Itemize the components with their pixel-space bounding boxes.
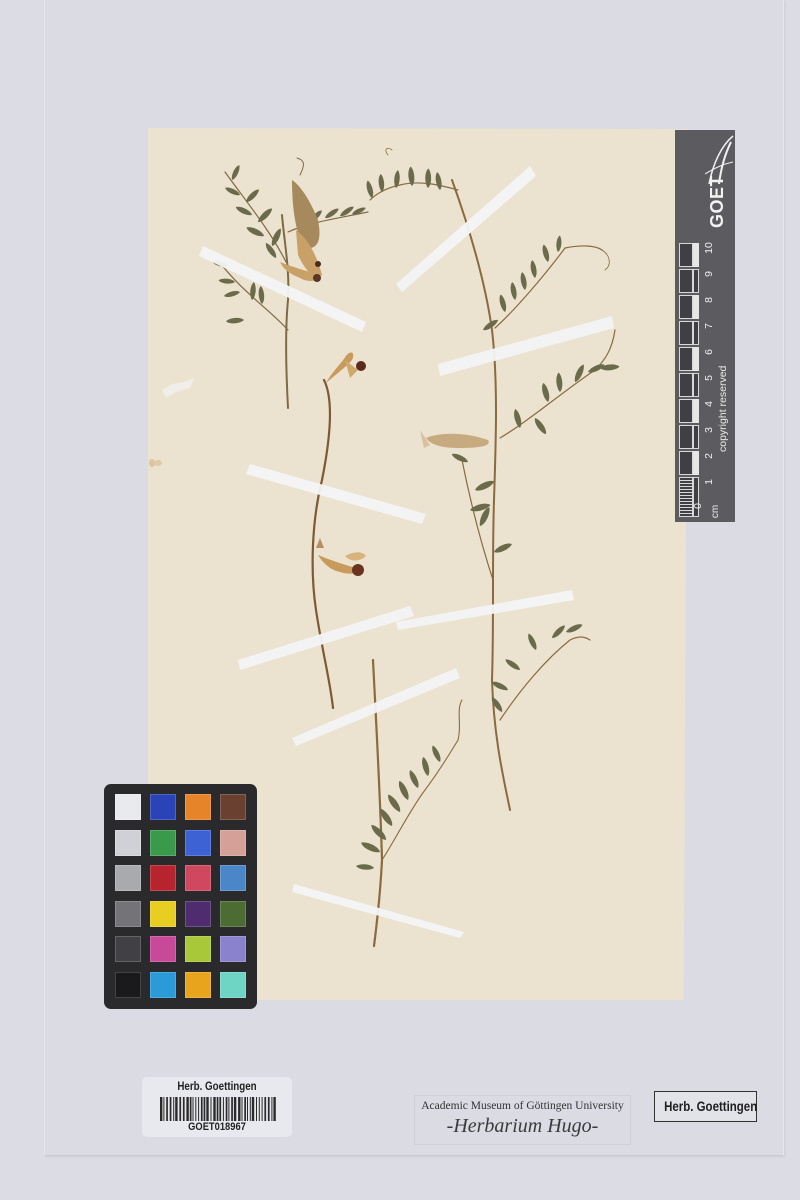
color-swatch: [150, 901, 176, 927]
ruler-tick-2: 2: [703, 449, 715, 463]
tape-strips: [199, 166, 614, 938]
herbarium-stamp-text: Herb. Goettingen: [664, 1098, 747, 1114]
ruler-unit: cm: [710, 505, 721, 518]
ruler-tick-8: 8: [703, 293, 715, 307]
color-swatch: [220, 794, 246, 820]
ruler-tick-7: 7: [703, 319, 715, 333]
color-calibration-chart: [104, 784, 257, 1009]
color-swatch: [150, 936, 176, 962]
ruler-tick-4: 4: [703, 397, 715, 411]
color-swatch: [220, 830, 246, 856]
herbarium-name: -Herbarium Hugo-: [415, 1115, 630, 1138]
seed-pod: [420, 430, 489, 448]
ruler-tick-9: 9: [703, 267, 715, 281]
color-swatch: [115, 865, 141, 891]
color-swatch: [185, 972, 211, 998]
color-swatch: [185, 830, 211, 856]
color-swatch: [150, 972, 176, 998]
color-swatch: [220, 901, 246, 927]
ruler-tick-5: 5: [703, 371, 715, 385]
color-swatch: [115, 794, 141, 820]
ruler-logo: GOET: [707, 175, 728, 228]
color-swatch: [220, 865, 246, 891]
color-swatch: [220, 936, 246, 962]
herbarium-stamp: Herb. Goettingen: [654, 1091, 757, 1122]
barcode-label: Herb. Goettingen GOET018967: [142, 1077, 292, 1137]
leaves-top-left: [211, 164, 366, 323]
leaves-lower-stem: [356, 744, 442, 871]
museum-label: Academic Museum of Göttingen University …: [414, 1095, 631, 1145]
ruler-scale: [678, 242, 700, 518]
color-swatch: [185, 794, 211, 820]
color-swatch: [115, 972, 141, 998]
color-swatch: [185, 865, 211, 891]
color-swatch: [115, 936, 141, 962]
ruler-tick-6: 6: [703, 345, 715, 359]
barcode-label-title: Herb. Goettingen: [153, 1081, 281, 1093]
catalog-number: GOET018967: [153, 1121, 281, 1133]
color-swatch: [115, 901, 141, 927]
color-swatch: [185, 901, 211, 927]
plant-right-stem: [370, 148, 615, 810]
color-swatch: [220, 972, 246, 998]
scale-ruler: GOET copyright reserved 10 9 8 7 6 5 4 3…: [675, 130, 735, 522]
flowers-middle: [316, 353, 366, 576]
ruler-tick-3: 3: [703, 423, 715, 437]
paper-stains: [149, 378, 194, 467]
color-swatch: [115, 830, 141, 856]
color-swatch: [150, 794, 176, 820]
plant-middle-stem: [313, 380, 333, 708]
ruler-copyright: copyright reserved: [717, 366, 729, 452]
ruler-tick-1: 1: [703, 475, 715, 489]
flowers-top-left: [280, 180, 322, 282]
museum-name: Academic Museum of Göttingen University: [415, 1100, 630, 1112]
ruler-tick-0: 0: [692, 499, 704, 513]
color-swatch: [150, 865, 176, 891]
color-swatch: [150, 830, 176, 856]
barcode: [160, 1097, 276, 1121]
color-swatch: [185, 936, 211, 962]
ruler-tick-10: 10: [703, 241, 715, 255]
